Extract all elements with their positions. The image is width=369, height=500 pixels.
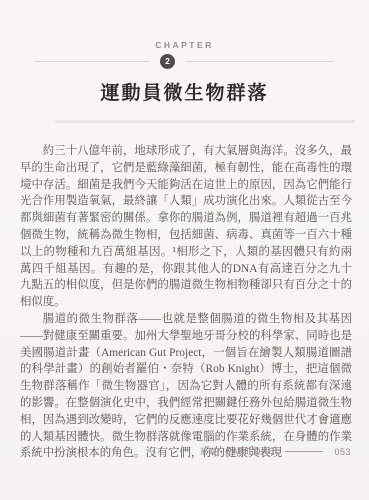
chapter-number-badge: 2: [160, 54, 175, 69]
paragraph-2: 腸道的微生物群落——也就是整個腸道的微生物相及其基因——對健康至關重要。加州大學…: [20, 311, 352, 462]
book-page: CHAPTER 2 運動員微生物群落 約三十八億年前，地球形成了，有大氣層與海洋…: [0, 0, 369, 500]
paragraph-1: 約三十八億年前，地球形成了，有大氣層與海洋。沒多久，最早的生命出現了，它們是藍綠…: [20, 143, 352, 311]
divider-line-right: [186, 61, 334, 62]
chapter-label: CHAPTER: [0, 40, 369, 50]
footer-divider-line: [285, 451, 323, 452]
divider-line-left: [35, 61, 149, 62]
chapter-divider: 2: [0, 54, 369, 69]
footer-section-label: 基礎・PART ONE: [199, 446, 274, 457]
page-number: 053: [334, 447, 351, 457]
title-underline-rule: [55, 120, 355, 123]
page-footer: 基礎・PART ONE 053: [199, 446, 351, 457]
chapter-title: 運動員微生物群落: [0, 78, 369, 105]
body-text: 約三十八億年前，地球形成了，有大氣層與海洋。沒多久，最早的生命出現了，它們是藍綠…: [20, 143, 352, 462]
